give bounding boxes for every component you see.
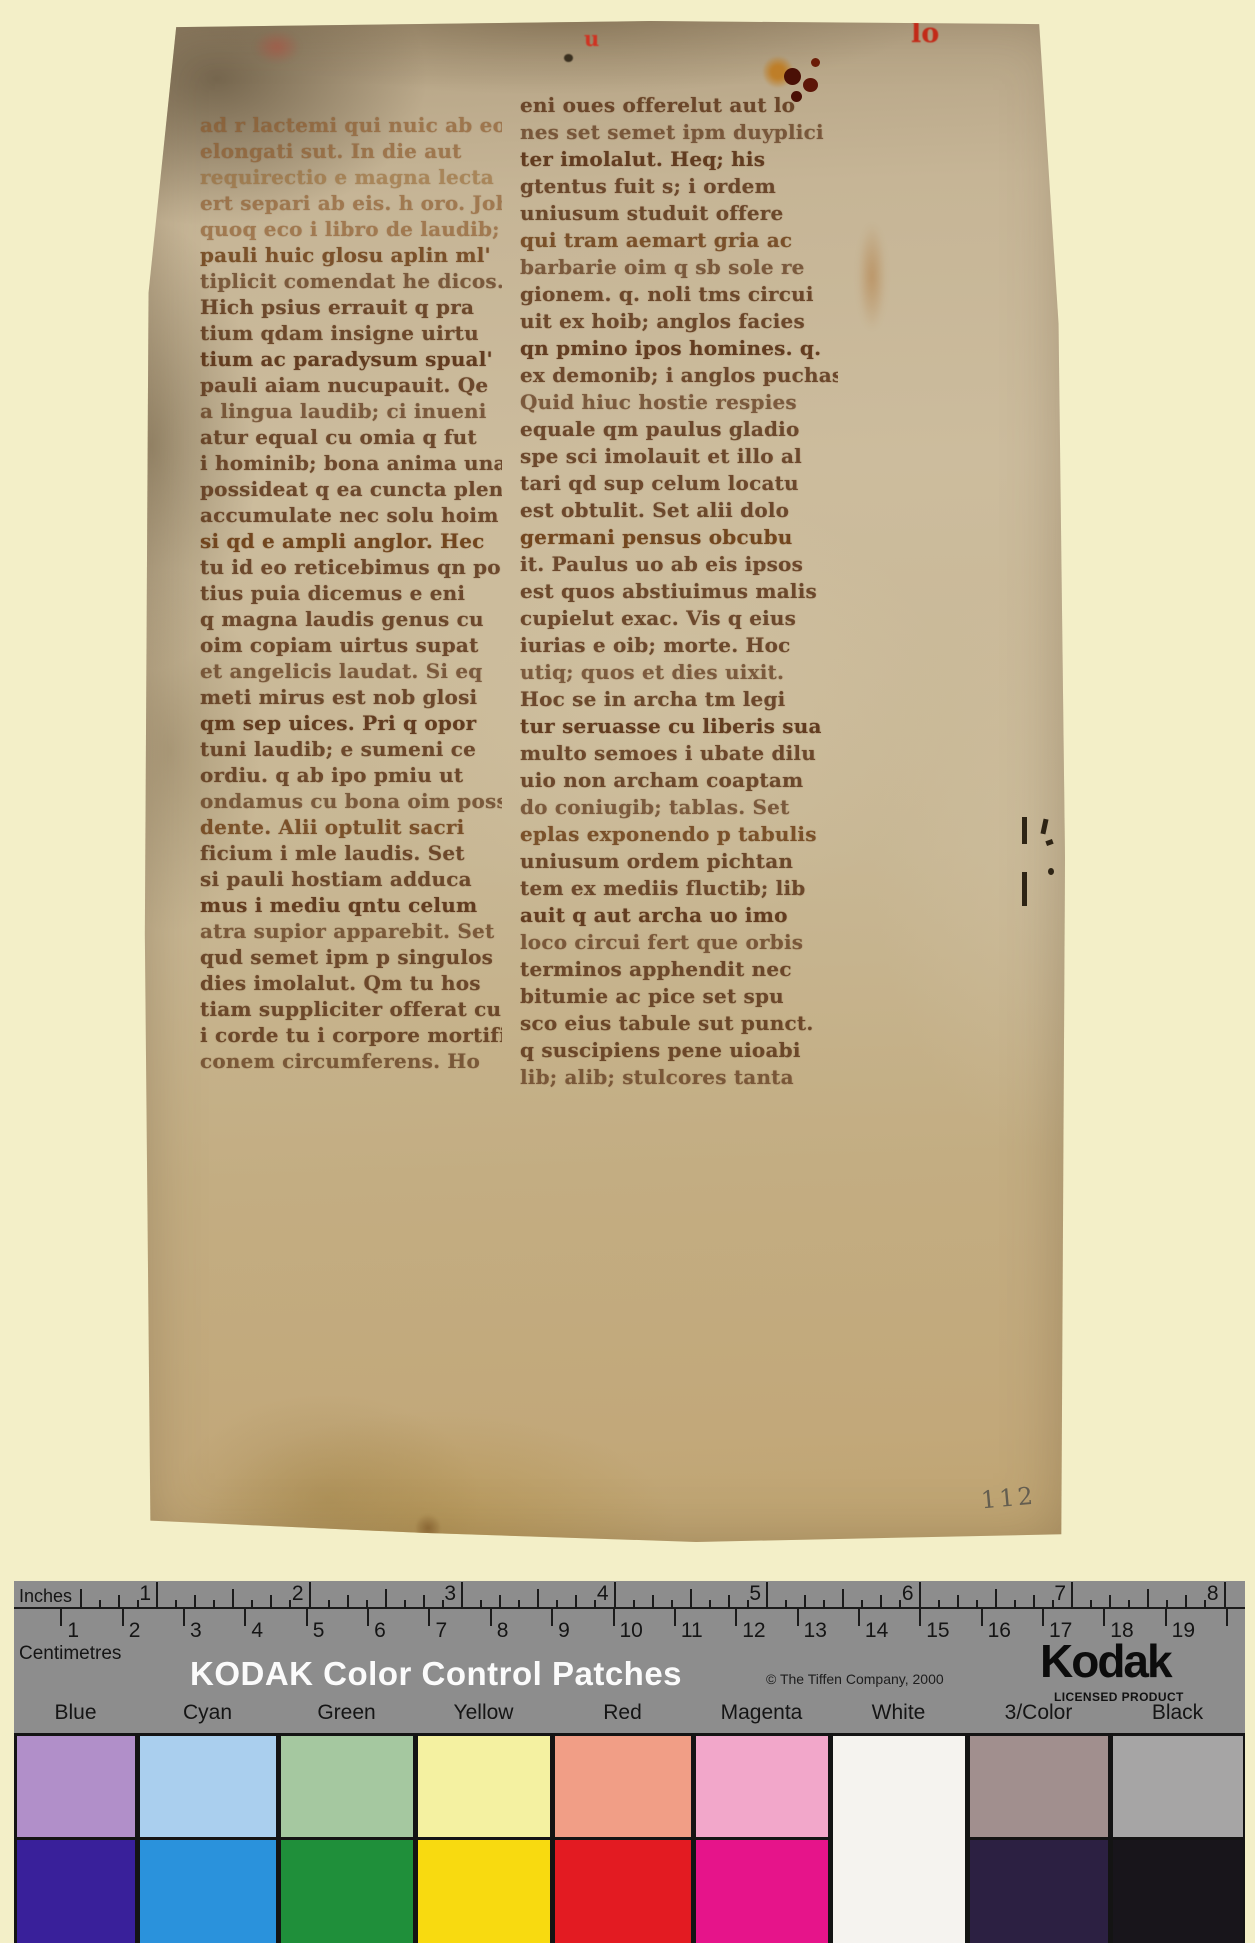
manuscript-line: qn pmino ipos homines. q. (520, 335, 838, 362)
inch-number: 8 (1191, 1582, 1219, 1606)
inch-tick (709, 1600, 711, 1608)
manuscript-line: multo semoes i ubate dilu (520, 740, 838, 767)
manuscript-line: accumulate nec solu hoim (200, 502, 502, 528)
inch-number: 3 (428, 1582, 456, 1606)
cm-tick (1226, 1609, 1228, 1626)
manuscript-line: tium qdam insigne uirtu (200, 320, 502, 346)
manuscript-line: loco circui fert que orbis (520, 929, 838, 956)
centimetres-label: Centimetres (19, 1643, 121, 1665)
copyright-text: © The Tiffen Company, 2000 (766, 1671, 944, 1687)
manuscript-line: tium ac paradysum spual' (200, 346, 502, 372)
cm-tick (735, 1609, 737, 1626)
cm-number: 18 (1110, 1619, 1133, 1643)
patch-label: Yellow (419, 1701, 549, 1725)
color-patch-top-red (555, 1736, 691, 1837)
margin-mark (1022, 872, 1027, 906)
inch-tick (1185, 1595, 1187, 1608)
manuscript-line: et angelicis laudat. Si eq (200, 658, 502, 684)
ruler-line (14, 1607, 1245, 1609)
manuscript-line: i corde tu i corpore mortifi (200, 1022, 502, 1048)
manuscript-line: sco eius tabule sut punct. (520, 1010, 838, 1037)
inch-tick (1014, 1600, 1016, 1608)
manuscript-line: elongati sut. In die aut (200, 138, 502, 164)
inch-tick (1109, 1595, 1111, 1608)
kodak-title: KODAK Color Control Patches (190, 1655, 682, 1693)
cm-number: 16 (988, 1619, 1011, 1643)
kodak-ruler-band: Inches Centimetres KODAK Color Control P… (14, 1581, 1245, 1733)
cm-number: 8 (497, 1619, 509, 1643)
manuscript-line: qui tram aemart gria ac (520, 227, 838, 254)
ink-speck (564, 54, 573, 62)
inch-tick (1128, 1600, 1130, 1608)
bottom-stain (416, 1514, 440, 1542)
manuscript-line: ordiu. q ab ipo pmiu ut (200, 762, 502, 788)
patch-label: White (834, 1701, 964, 1725)
color-patch-bottom-3-color (970, 1840, 1108, 1943)
color-patch-top-cyan (140, 1736, 276, 1837)
manuscript-line: meti mirus est nob glosi (200, 684, 502, 710)
manuscript-line: ter imolalut. Heq; his (520, 146, 838, 173)
inch-tick (385, 1589, 387, 1608)
inch-tick (366, 1600, 368, 1608)
inch-tick (556, 1600, 558, 1608)
color-patch-bottom-magenta (696, 1840, 828, 1943)
patch-label: Magenta (697, 1701, 827, 1725)
cm-number: 17 (1049, 1619, 1072, 1643)
manuscript-line: uit ex hoib; anglos facies (520, 308, 838, 335)
inch-tick (423, 1595, 425, 1608)
manuscript-line: tem ex mediis fluctib; lib (520, 875, 838, 902)
inch-tick (766, 1582, 768, 1608)
manuscript-line: eplas exponendo p tabulis (520, 821, 838, 848)
manuscript-line: iurias e oib; morte. Hoc (520, 632, 838, 659)
inch-tick (194, 1595, 196, 1608)
patch-label: Cyan (143, 1701, 273, 1725)
inch-tick (175, 1600, 177, 1608)
inches-label: Inches (19, 1586, 72, 1607)
manuscript-line: pauli aiam nucupauit. Qe (200, 372, 502, 398)
cm-number: 4 (251, 1619, 263, 1643)
margin-mark (1040, 819, 1048, 835)
inch-tick (1224, 1582, 1226, 1608)
manuscript-page: u lo ad r lactemi qui nuic ab eoelongati… (143, 18, 1065, 1545)
manuscript-line: spe sci imolauit et illo al (520, 443, 838, 470)
manuscript-line: bitumie ac pice set spu (520, 983, 838, 1010)
manuscript-line: q magna laudis genus cu (200, 606, 502, 632)
manuscript-line: quoq eco i libro de laudib; (200, 216, 502, 242)
color-patch-top-green (281, 1736, 413, 1837)
cm-tick (1103, 1609, 1105, 1626)
cm-number: 15 (926, 1619, 949, 1643)
manuscript-line: est quos abstiuimus malis (520, 578, 838, 605)
inch-tick (1033, 1595, 1035, 1608)
manuscript-line: tiplicit comendat he dicos. (200, 268, 502, 294)
color-patch-bottom-yellow (418, 1840, 550, 1943)
manuscript-line: uniusum ordem pichtan (520, 848, 838, 875)
inch-tick (995, 1589, 997, 1608)
manuscript-line: nes set semet ipm duyplici (520, 119, 838, 146)
color-patch-white (833, 1736, 965, 1943)
inch-tick (633, 1600, 635, 1608)
cm-tick (490, 1609, 492, 1626)
inch-tick (823, 1600, 825, 1608)
cm-number: 10 (620, 1619, 643, 1643)
inch-tick (270, 1595, 272, 1608)
cm-tick (367, 1609, 369, 1626)
manuscript-line: tari qd sup celum locatu (520, 470, 838, 497)
inch-tick (690, 1589, 692, 1608)
manuscript-line: gionem. q. noli tms circui (520, 281, 838, 308)
cm-tick (613, 1609, 615, 1626)
manuscript-line: tiam suppliciter offerat cu (200, 996, 502, 1022)
inch-tick (328, 1600, 330, 1608)
inch-tick (652, 1595, 654, 1608)
inch-tick (919, 1582, 921, 1608)
inch-tick (309, 1582, 311, 1608)
manuscript-line: ad r lactemi qui nuic ab eo (200, 112, 502, 138)
inch-tick (880, 1595, 882, 1608)
manuscript-line: qud semet ipm p singulos (200, 944, 502, 970)
patch-label: Red (558, 1701, 688, 1725)
manuscript-line: eni oues offerelut aut lo (520, 92, 838, 119)
manuscript-line: do coniugib; tablas. Set (520, 794, 838, 821)
inch-tick (347, 1595, 349, 1608)
inch-tick (728, 1595, 730, 1608)
inch-tick (957, 1595, 959, 1608)
manuscript-line: Hoc se in archa tm legi (520, 686, 838, 713)
inch-number: 1 (123, 1582, 151, 1606)
inch-tick (1071, 1582, 1073, 1608)
manuscript-line: dies imolalut. Qm tu hos (200, 970, 502, 996)
manuscript-line: ficium i mle laudis. Set (200, 840, 502, 866)
inch-tick (785, 1600, 787, 1608)
inch-tick (1166, 1600, 1168, 1608)
text-column-right: eni oues offerelut aut lones set semet i… (520, 92, 838, 1091)
cm-tick (122, 1609, 124, 1626)
inch-number: 7 (1038, 1582, 1066, 1606)
cm-number: 13 (804, 1619, 827, 1643)
inch-tick (499, 1595, 501, 1608)
color-patch-top-black (1113, 1736, 1243, 1837)
cm-number: 9 (558, 1619, 570, 1643)
inch-tick (118, 1595, 120, 1608)
manuscript-line: Hich psius errauit q pra (200, 294, 502, 320)
manuscript-line: si pauli hostiam adduca (200, 866, 502, 892)
manuscript-line: est obtulit. Set alii dolo (520, 497, 838, 524)
inch-tick (804, 1595, 806, 1608)
ink-drop (811, 58, 820, 67)
patch-label: Black (1113, 1701, 1243, 1725)
manuscript-line: possideat q ea cuncta plene (200, 476, 502, 502)
manuscript-line: uio non archam coaptam (520, 767, 838, 794)
ink-streak (858, 224, 886, 329)
manuscript-line: conem circumferens. Ho (200, 1048, 502, 1074)
cm-number: 1 (67, 1619, 79, 1643)
cm-number: 11 (681, 1619, 703, 1643)
manuscript-line: si qd e ampli anglor. Hec (200, 528, 502, 554)
patch-label: 3/Color (974, 1701, 1104, 1725)
margin-mark (1048, 868, 1054, 875)
inch-tick (251, 1600, 253, 1608)
manuscript-line: requirectio e magna lecta (200, 164, 502, 190)
manuscript-line: Quid hiuc hostie respies (520, 389, 838, 416)
manuscript-line: gtentus fuit s; i ordem (520, 173, 838, 200)
cm-tick (60, 1609, 62, 1626)
manuscript-line: utiq; quos et dies uixit. (520, 659, 838, 686)
manuscript-line: atra supior apparebit. Set (200, 918, 502, 944)
text-column-left: ad r lactemi qui nuic ab eoelongati sut.… (200, 112, 502, 1074)
cm-number: 6 (374, 1619, 386, 1643)
inch-tick (480, 1600, 482, 1608)
patch-label: Green (282, 1701, 412, 1725)
manuscript-line: germani pensus obcubu (520, 524, 838, 551)
cm-tick (981, 1609, 983, 1626)
inch-tick (156, 1582, 158, 1608)
patch-label: Blue (11, 1701, 141, 1725)
inch-number: 2 (276, 1582, 304, 1606)
red-ink-smudge (253, 30, 301, 64)
ink-drop (803, 78, 818, 92)
color-patch-top-magenta (696, 1736, 828, 1837)
inch-tick (1090, 1600, 1092, 1608)
ink-drop (784, 68, 801, 85)
inch-tick (213, 1600, 215, 1608)
cm-number: 3 (190, 1619, 202, 1643)
manuscript-line: terminos apphendit nec (520, 956, 838, 983)
manuscript-line: oim copiam uirtus supat (200, 632, 502, 658)
color-patch-bottom-black (1113, 1840, 1243, 1943)
cm-number: 19 (1172, 1619, 1195, 1643)
cm-tick (183, 1609, 185, 1626)
color-patches (14, 1733, 1245, 1943)
cm-tick (1042, 1609, 1044, 1626)
inch-tick (842, 1589, 844, 1608)
cm-tick (244, 1609, 246, 1626)
cm-tick (1165, 1609, 1167, 1626)
manuscript-line: it. Paulus uo ab eis ipsos (520, 551, 838, 578)
color-patch-top-3-color (970, 1736, 1108, 1837)
inch-tick (1147, 1589, 1149, 1608)
inch-tick (404, 1600, 406, 1608)
inch-tick (461, 1582, 463, 1608)
manuscript-line: pauli huic glosu aplin ml' (200, 242, 502, 268)
manuscript-line: dente. Alii optulit sacri (200, 814, 502, 840)
inch-tick (232, 1589, 234, 1608)
color-patch-bottom-blue (17, 1840, 135, 1943)
color-patch-bottom-cyan (140, 1840, 276, 1943)
inch-tick (976, 1600, 978, 1608)
manuscript-line: equale qm paulus gladio (520, 416, 838, 443)
pencil-folio-number: 112 (980, 1482, 1037, 1515)
manuscript-line: cupielut exac. Vis q eius (520, 605, 838, 632)
inch-tick (861, 1600, 863, 1608)
manuscript-line: q suscipiens pene uioabi (520, 1037, 838, 1064)
cm-tick (797, 1609, 799, 1626)
manuscript-line: i hominib; bona anima una (200, 450, 502, 476)
folio-number-red: lo (911, 18, 939, 49)
cm-tick (674, 1609, 676, 1626)
manuscript-line: barbarie oim q sb sole re (520, 254, 838, 281)
inch-number: 6 (886, 1582, 914, 1606)
color-patch-top-yellow (418, 1736, 550, 1837)
manuscript-line: auit q aut archa uo imo (520, 902, 838, 929)
cm-number: 7 (435, 1619, 447, 1643)
inch-number: 4 (581, 1582, 609, 1606)
cm-tick (551, 1609, 553, 1626)
cm-number: 12 (742, 1619, 765, 1643)
manuscript-line: atur equal cu omia q fut (200, 424, 502, 450)
manuscript-line: ert separi ab eis. h oro. Johs (200, 190, 502, 216)
manuscript-line: uniusum studuit offere (520, 200, 838, 227)
manuscript-line: ex demonib; i anglos puchas. (520, 362, 838, 389)
color-patch-top-blue (17, 1736, 135, 1837)
manuscript-line: a lingua laudib; ci inueni (200, 398, 502, 424)
inch-tick (99, 1600, 101, 1608)
manuscript-line: ondamus cu bona oim possi (200, 788, 502, 814)
cm-number: 14 (865, 1619, 888, 1643)
inch-tick (938, 1600, 940, 1608)
cm-number: 2 (129, 1619, 141, 1643)
manuscript-line: tius puia dicemus e eni (200, 580, 502, 606)
inch-number: 5 (733, 1582, 761, 1606)
cm-tick (858, 1609, 860, 1626)
inch-tick (537, 1589, 539, 1608)
margin-mark (1045, 839, 1053, 846)
manuscript-line: qm sep uices. Pri q opor (200, 710, 502, 736)
cm-number: 5 (313, 1619, 325, 1643)
manuscript-line: tuni laudib; e sumeni ce (200, 736, 502, 762)
color-patch-bottom-red (555, 1840, 691, 1943)
inch-tick (671, 1600, 673, 1608)
cm-tick (428, 1609, 430, 1626)
manuscript-line: tur seruasse cu liberis sua (520, 713, 838, 740)
cm-tick (919, 1609, 921, 1626)
margin-mark (1022, 817, 1027, 844)
manuscript-photo-scene: u lo ad r lactemi qui nuic ab eoelongati… (0, 0, 1255, 1943)
manuscript-line: lib; alib; stulcores tanta (520, 1064, 838, 1091)
manuscript-line: tu id eo reticebimus qn po (200, 554, 502, 580)
inch-tick (518, 1600, 520, 1608)
inch-tick (575, 1595, 577, 1608)
inch-tick (80, 1589, 82, 1608)
cm-tick (306, 1609, 308, 1626)
inch-tick (614, 1582, 616, 1608)
manuscript-line: mus i mediu qntu celum (200, 892, 502, 918)
quire-mark-red: u (584, 26, 599, 51)
color-patch-bottom-green (281, 1840, 413, 1943)
